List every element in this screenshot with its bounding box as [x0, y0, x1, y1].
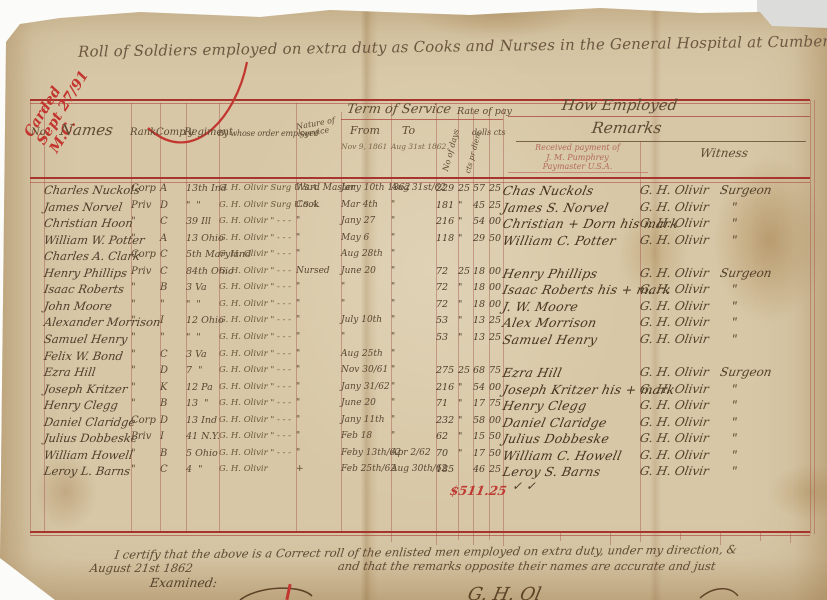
cell-co: C: [160, 464, 186, 475]
cell-rank: ": [131, 448, 159, 459]
cell-by: G. H. Olivir " - - -: [219, 216, 299, 226]
cell-regt: 4 ": [186, 464, 220, 475]
cell-name: Henry Phillips: [43, 266, 137, 280]
cell-to: ": [391, 266, 437, 276]
cell-cts: ": [458, 216, 473, 227]
cell-sig: James S. Norvel: [501, 200, 644, 215]
cell-dol: 18: [473, 282, 489, 293]
cell-nature: ": [296, 349, 342, 359]
cell-rank: Priv: [131, 431, 159, 442]
cell-cts: ": [458, 299, 473, 310]
cell-days: 62: [436, 431, 459, 442]
table-row: Joseph Kritzer"K12 PaG. H. Olivir " - - …: [30, 382, 810, 399]
cell-sig: Ezra Hill: [501, 365, 644, 380]
cell-sig: William C. Howell: [501, 448, 644, 463]
cell-dol: 13: [473, 332, 489, 343]
header-rate-of-pay: Rate of pay: [457, 106, 512, 117]
cell-nature: ": [296, 448, 342, 458]
cell-by: G. H. Olivir Surg U.S.A.: [219, 183, 299, 193]
table-row: Ezra Hill"D7 "G. H. Olivir " - - -"Nov 3…: [30, 365, 810, 382]
cell-name: John Moore: [43, 299, 137, 313]
cell-by: G. H. Olivir " - - -: [219, 299, 299, 309]
cell-name: William W. Potter: [43, 233, 137, 247]
cell-to: ": [391, 282, 437, 292]
cell-rank: ": [131, 282, 159, 293]
cell-days: 181: [436, 200, 459, 211]
cell-nature: ": [296, 233, 342, 243]
cell-wit: G. H. Olivir ": [639, 382, 826, 396]
cell-from: June 20: [341, 398, 393, 408]
cell-from: ": [341, 299, 393, 309]
cell-by: G. H. Olivir Surg U.S.A.: [219, 200, 299, 210]
cell-rank: Corp: [131, 415, 159, 426]
cell-co: I: [160, 431, 186, 442]
cell-nature: ": [296, 216, 342, 226]
cell-cts: ": [458, 431, 473, 442]
table-row: Henry Clegg"B13 "G. H. Olivir " - - -"Ju…: [30, 398, 810, 415]
cell-to: ": [391, 349, 437, 359]
cell-cts: ": [458, 233, 473, 244]
from-date-note: Nov 9, 1861: [341, 142, 387, 151]
cell-name: Charles Nuckols: [43, 183, 137, 197]
cell-to: ": [391, 200, 437, 210]
cell-sig: Isaac Roberts his + mark: [501, 282, 644, 297]
table-row: Christian Hoon"C39 IllG. H. Olivir " - -…: [30, 216, 810, 233]
cell-days: 229: [436, 183, 459, 194]
cell-wit: G. H. Olivir ": [639, 299, 826, 313]
cell-wit: G. H. Olivir ": [639, 448, 826, 462]
cell-co: B: [160, 282, 186, 293]
table-row: Samuel Henry""" "G. H. Olivir " - - -"""…: [30, 332, 810, 349]
cell-regt: 13 ": [186, 398, 220, 409]
cell-nature: Ward Master: [296, 183, 342, 193]
total-check-marks: ✓ ✓: [512, 479, 536, 493]
cell-nature: ": [296, 365, 342, 375]
cell-co: K: [160, 382, 186, 393]
cell-nature: ": [296, 332, 342, 342]
cell-regt: 5 Ohio: [186, 448, 220, 459]
cell-wit: G. H. Olivir ": [639, 464, 826, 478]
cell-co: D: [160, 415, 186, 426]
cell-regt: " ": [186, 200, 220, 211]
cell-by: G. H. Olivir " - - -: [219, 249, 299, 259]
cell-co: A: [160, 233, 186, 244]
cell-nature: Nursed: [296, 266, 342, 276]
cell-sig: Samuel Henry: [501, 332, 644, 347]
cell-by: G. H. Olivir: [219, 464, 299, 474]
cell-sig: Leroy S. Barns: [501, 464, 644, 479]
column-header-no: No.: [31, 127, 49, 138]
cell-co: B: [160, 398, 186, 409]
table-row: William Howell"B5 OhioG. H. Olivir " - -…: [30, 448, 810, 465]
cell-by: G. H. Olivir " - - -: [219, 282, 299, 292]
cell-regt: 39 Ill: [186, 216, 220, 227]
ruled-line: [30, 99, 810, 101]
table-row: Leroy L. Barns"C4 "G. H. Olivir+Feb 25th…: [30, 464, 810, 481]
column-rule: [436, 531, 437, 545]
cell-nature: Cook: [296, 200, 342, 210]
cell-rank: Priv: [131, 200, 159, 211]
cell-sig: Alex Morrison: [501, 315, 644, 330]
header-how-employed: How Employed: [561, 96, 679, 114]
cell-dol: 45: [473, 200, 489, 211]
cell-name: Charles A. Clark: [43, 249, 137, 263]
table-row: Julius DobbeskePrivI41 N.Y.G. H. Olivir …: [30, 431, 810, 448]
column-header-dollars-cents: dolls cts: [472, 128, 506, 137]
cell-co: ": [160, 299, 186, 310]
cell-name: Daniel Claridge: [43, 415, 137, 429]
cell-wit: G. H. Olivir ": [639, 315, 826, 329]
ruled-line: [30, 535, 810, 536]
cell-days: 275: [436, 365, 459, 376]
cell-rank: ": [131, 382, 159, 393]
table-row: Felix W. Bond"C3 VaG. H. Olivir " - - -"…: [30, 349, 810, 366]
cell-to: Aug 31st/62: [391, 183, 437, 193]
cell-name: Ezra Hill: [43, 365, 137, 379]
cell-regt: 13th Ind: [186, 183, 220, 194]
cell-dol: 54: [473, 382, 489, 393]
cell-regt: " ": [186, 332, 220, 343]
partial-signature: G. H. Ol: [466, 584, 543, 600]
cell-name: Julius Dobbeske: [43, 431, 137, 445]
ruled-line: [341, 119, 503, 120]
cell-cts: ": [458, 282, 473, 293]
cell-to: ": [391, 365, 437, 375]
cell-sig: Chas Nuckols: [501, 183, 644, 198]
cell-cts: 25: [458, 365, 473, 376]
cell-rank: ": [131, 332, 159, 343]
cell-name: Felix W. Bond: [43, 349, 137, 363]
cell-rank: ": [131, 349, 159, 360]
header-term-of-service: Term of Service: [346, 102, 452, 117]
cell-rank: Priv: [131, 266, 159, 277]
cell-dol: 13: [473, 315, 489, 326]
cell-dol: 54: [473, 216, 489, 227]
cell-sig: Henry Phillips: [501, 266, 644, 281]
cell-days: 232: [436, 415, 459, 426]
ruled-line: [516, 141, 806, 142]
cell-days: 72: [436, 266, 459, 277]
cell-from: Nov 30/61: [341, 365, 393, 375]
table-row: James NorvelPrivD" "G. H. Olivir Surg U.…: [30, 200, 810, 217]
cell-name: William Howell: [43, 448, 137, 462]
cell-nature: ": [296, 398, 342, 408]
cell-regt: 13 Ind: [186, 415, 220, 426]
to-date-note: Aug 31st 1862: [391, 142, 446, 151]
cell-rank: ": [131, 216, 159, 227]
cell-name: Isaac Roberts: [43, 282, 137, 296]
cell-from: ": [341, 282, 393, 292]
cell-dol: 17: [473, 398, 489, 409]
ruled-line: [30, 177, 810, 179]
cell-nature: +: [296, 464, 342, 474]
cell-to: ": [391, 398, 437, 408]
cell-dol: 68: [473, 365, 489, 376]
cell-dol: 46: [473, 464, 489, 475]
column-header-rank: Rank: [130, 127, 156, 138]
cell-from: Jany 27: [341, 216, 393, 226]
cell-to: ": [391, 216, 437, 226]
ruled-line: [508, 116, 810, 117]
cell-nature: ": [296, 415, 342, 425]
cell-rank: Corp: [131, 183, 159, 194]
cell-by: G. H. Olivir " - - -: [219, 266, 299, 276]
column-rule: [473, 531, 474, 545]
cell-to: ": [391, 315, 437, 325]
cell-cts: 25: [458, 183, 473, 194]
cell-cts: ": [458, 315, 473, 326]
cell-rank: ": [131, 365, 159, 376]
total-amount: $511.25: [449, 483, 508, 498]
cell-wit: G. H. Olivir Surgeon: [639, 266, 826, 280]
cell-dol: 58: [473, 415, 489, 426]
cell-co: A: [160, 183, 186, 194]
cell-from: Jany 31/62: [341, 382, 393, 392]
cell-from: Aug 25th: [341, 349, 393, 359]
cell-dol: 15: [473, 431, 489, 442]
cell-to: ": [391, 233, 437, 243]
cell-dol: 17: [473, 448, 489, 459]
cell-regt: 7 ": [186, 365, 220, 376]
cell-by: G. H. Olivir " - - -: [219, 398, 299, 408]
ruled-line: [508, 172, 648, 173]
cell-to: ": [391, 382, 437, 392]
certification-line2: and that the remarks opposite their name…: [337, 559, 717, 573]
cell-from: June 20: [341, 266, 393, 276]
cell-nature: ": [296, 282, 342, 292]
cell-regt: 3 Va: [186, 349, 220, 360]
ruled-line: [30, 531, 810, 533]
cell-regt: 13 Ohio: [186, 233, 220, 244]
cell-dol: 29: [473, 233, 489, 244]
cell-regt: " ": [186, 299, 220, 310]
cell-by: G. H. Olivir " - - -: [219, 233, 299, 243]
cell-days: 71: [436, 398, 459, 409]
table-row: John Moore""" "G. H. Olivir " - - -"""72…: [30, 299, 810, 316]
cell-from: Feb 18: [341, 431, 393, 441]
cell-to: ": [391, 249, 437, 259]
cell-rank: ": [131, 233, 159, 244]
cell-to: ": [391, 299, 437, 309]
cell-name: James Norvel: [43, 200, 137, 214]
cell-co: C: [160, 216, 186, 227]
column-header-from: From: [350, 124, 380, 137]
table-row: Charles NuckolsCorpA13th IndG. H. Olivir…: [30, 183, 810, 200]
certification-date: August 21st 1862: [89, 561, 194, 575]
cell-dol: 18: [473, 266, 489, 277]
cell-rank: Corp: [131, 249, 159, 260]
cell-to: Apr 2/62: [391, 448, 437, 458]
cell-co: D: [160, 365, 186, 376]
cell-nature: ": [296, 382, 342, 392]
table-row: Daniel ClaridgeCorpD13 IndG. H. Olivir "…: [30, 415, 810, 432]
cell-days: 72: [436, 282, 459, 293]
header-witness: Witness: [699, 146, 749, 160]
cell-rank: ": [131, 315, 159, 326]
cell-regt: 3 Va: [186, 282, 220, 293]
cell-co: C: [160, 266, 186, 277]
cell-co: D: [160, 200, 186, 211]
cell-days: 53: [436, 315, 459, 326]
cell-days: 70: [436, 448, 459, 459]
cell-cts: 25: [458, 266, 473, 277]
cell-sig: Joseph Kritzer his + mark: [501, 382, 644, 397]
cell-co: C: [160, 349, 186, 360]
cell-to: Aug 30th/62: [391, 464, 437, 474]
cell-days: 118: [436, 233, 459, 244]
table-row: Charles A. ClarkCorpC5th MarylandG. H. O…: [30, 249, 810, 266]
cell-nature: ": [296, 431, 342, 441]
cell-name: Leroy L. Barns: [43, 464, 137, 478]
cell-sig: Julius Dobbeske: [501, 431, 644, 446]
cell-rank: ": [131, 299, 159, 310]
cell-by: G. H. Olivir " - - -: [219, 415, 299, 425]
cell-name: Samuel Henry: [43, 332, 137, 346]
cell-sig: Christian + Dorn his mark: [501, 216, 644, 231]
column-header-to: To: [402, 124, 415, 137]
cell-nature: ": [296, 299, 342, 309]
cell-by: G. H. Olivir " - - -: [219, 382, 299, 392]
cell-days: 53: [436, 332, 459, 343]
cell-co: C: [160, 249, 186, 260]
cell-from: May 6: [341, 233, 393, 243]
table-row: Isaac Roberts"B3 VaG. H. Olivir " - - -"…: [30, 282, 810, 299]
cell-wit: G. H. Olivir ": [639, 233, 826, 247]
examined-label: Examined:: [149, 575, 218, 590]
cell-cts: ": [458, 448, 473, 459]
table-row: Henry PhillipsPrivC84th OhioG. H. Olivir…: [30, 266, 810, 283]
cell-from: Jany 10th 1862: [341, 183, 393, 193]
cell-cts: ": [458, 382, 473, 393]
cell-by: G. H. Olivir " - - -: [219, 315, 299, 325]
cell-name: Christian Hoon: [43, 216, 137, 230]
cell-wit: G. H. Olivir ": [639, 431, 826, 445]
cell-by: G. H. Olivir " - - -: [219, 349, 299, 359]
table-row: William W. Potter"A13 OhioG. H. Olivir "…: [30, 233, 810, 250]
cell-regt: 12 Ohio: [186, 315, 220, 326]
cell-co: I: [160, 315, 186, 326]
cell-co: ": [160, 332, 186, 343]
cell-rank: ": [131, 398, 159, 409]
received-payment-block: Received payment of J. M. Pumphrey Payma…: [510, 143, 645, 172]
cell-wit: G. H. Olivir ": [639, 398, 826, 412]
cell-to: ": [391, 332, 437, 342]
cell-from: ": [341, 332, 393, 342]
cell-regt: 84th Ohio: [186, 266, 220, 277]
cell-by: G. H. Olivir " - - -: [219, 365, 299, 375]
cell-from: Jany 11th: [341, 415, 393, 425]
table-row: Alexander Morrison"I12 OhioG. H. Olivir …: [30, 315, 810, 332]
cell-cts: ": [458, 398, 473, 409]
cell-dol: 18: [473, 299, 489, 310]
cell-sig: William C. Potter: [501, 233, 644, 248]
cell-sig: J. W. Moore: [501, 299, 644, 314]
received-payment-line2: J. M. Pumphrey: [510, 153, 645, 163]
cell-to: ": [391, 415, 437, 425]
cell-name: Henry Clegg: [43, 398, 137, 412]
cell-name: Joseph Kritzer: [43, 382, 137, 396]
cell-from: Aug 28th: [341, 249, 393, 259]
header-remarks: Remarks: [591, 119, 663, 137]
cell-to: ": [391, 431, 437, 441]
cell-cts: ": [458, 200, 473, 211]
cell-days: 72: [436, 299, 459, 310]
cell-wit: G. H. Olivir ": [639, 216, 826, 230]
cell-co: B: [160, 448, 186, 459]
cell-wit: G. H. Olivir ": [639, 332, 826, 346]
cell-by: G. H. Olivir " - - -: [219, 332, 299, 342]
column-header-names: Names: [59, 121, 114, 139]
cell-sig: Daniel Claridge: [501, 415, 644, 430]
cell-regt: 41 N.Y.: [186, 431, 220, 442]
cell-wit: G. H. Olivir Surgeon: [639, 365, 826, 379]
received-payment-line1: Received payment of: [510, 143, 645, 153]
cell-nature: ": [296, 249, 342, 259]
cell-by: G. H. Olivir " - - -: [219, 448, 299, 458]
cell-regt: 12 Pa: [186, 382, 220, 393]
cell-regt: 5th Maryland: [186, 249, 220, 260]
cell-days: 216: [436, 382, 459, 393]
cell-wit: G. H. Olivir Surgeon: [639, 183, 826, 197]
cell-rank: ": [131, 464, 159, 475]
cell-from: Feby 13th/62: [341, 448, 393, 458]
cell-by: G. H. Olivir " - - -: [219, 431, 299, 441]
scanned-document-page: { "annotation": { "carded": "Carded\nSep…: [0, 0, 827, 600]
cell-dol: 57: [473, 183, 489, 194]
cell-name: Alexander Morrison: [43, 315, 137, 329]
table-body: Charles NuckolsCorpA13th IndG. H. Olivir…: [30, 183, 810, 483]
cell-from: July 10th: [341, 315, 393, 325]
cell-wit: G. H. Olivir ": [639, 200, 826, 214]
cell-days: 185: [436, 464, 459, 475]
cell-cts: ": [458, 332, 473, 343]
cell-cts: ": [458, 415, 473, 426]
cell-wit: G. H. Olivir ": [639, 282, 826, 296]
cell-from: Mar 4th: [341, 200, 393, 210]
received-payment-line3: Paymaster U.S.A.: [510, 162, 645, 172]
cell-days: 216: [436, 216, 459, 227]
cell-sig: Henry Clegg: [501, 398, 644, 413]
cell-wit: G. H. Olivir ": [639, 415, 826, 429]
cell-nature: ": [296, 315, 342, 325]
cell-from: Feb 25th/62: [341, 464, 393, 474]
